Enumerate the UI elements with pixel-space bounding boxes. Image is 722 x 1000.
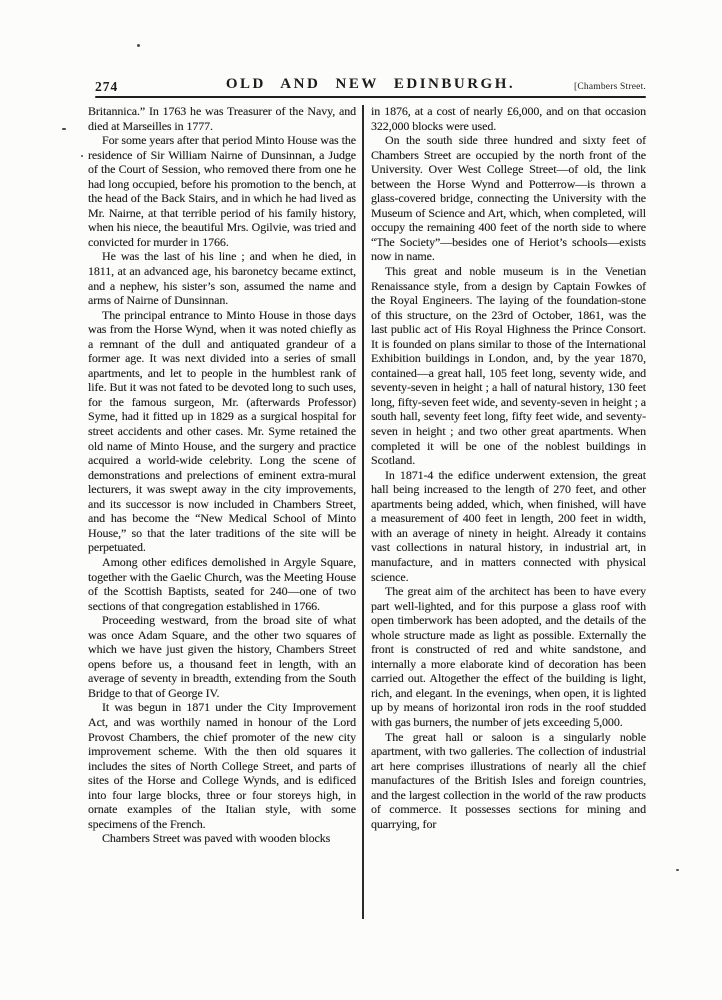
page-header: 274 OLD AND NEW EDINBURGH. [Chambers Str… <box>95 76 646 94</box>
paragraph: For some years after that period Minto H… <box>88 133 356 249</box>
scan-artifact <box>676 869 679 871</box>
paragraph: He was the last of his line ; and when h… <box>88 249 356 307</box>
paragraph: Chambers Street was paved with wooden bl… <box>88 831 356 846</box>
paragraph: In 1871-4 the edifice underwent extensio… <box>371 468 646 584</box>
paragraph: This great and noble museum is in the Ve… <box>371 264 646 468</box>
book-page: 274 OLD AND NEW EDINBURGH. [Chambers Str… <box>0 0 722 1000</box>
paragraph: On the south side three hundred and sixt… <box>371 133 646 264</box>
page-title: OLD AND NEW EDINBURGH. <box>95 76 646 93</box>
paragraph: The great hall or saloon is a singularly… <box>371 730 646 832</box>
paragraph: in 1876, at a cost of nearly £6,000, and… <box>371 104 646 133</box>
paragraph: Britannica.” In 1763 he was Treasurer of… <box>88 104 356 133</box>
column-divider <box>362 105 364 919</box>
paragraph: Proceeding westward, from the broad site… <box>88 613 356 700</box>
left-column: Britannica.” In 1763 he was Treasurer of… <box>88 104 356 846</box>
paragraph: It was begun in 1871 under the City Impr… <box>88 700 356 831</box>
scan-artifact <box>137 44 140 47</box>
paragraph: The principal entrance to Minto House in… <box>88 308 356 555</box>
scan-artifact <box>62 128 66 130</box>
right-column: in 1876, at a cost of nearly £6,000, and… <box>371 104 646 831</box>
running-head: [Chambers Street. <box>574 82 646 92</box>
header-rule <box>95 96 646 98</box>
paragraph: The great aim of the architect has been … <box>371 584 646 729</box>
paragraph: Among other edifices demolished in Argyl… <box>88 555 356 613</box>
scan-artifact <box>81 155 83 157</box>
